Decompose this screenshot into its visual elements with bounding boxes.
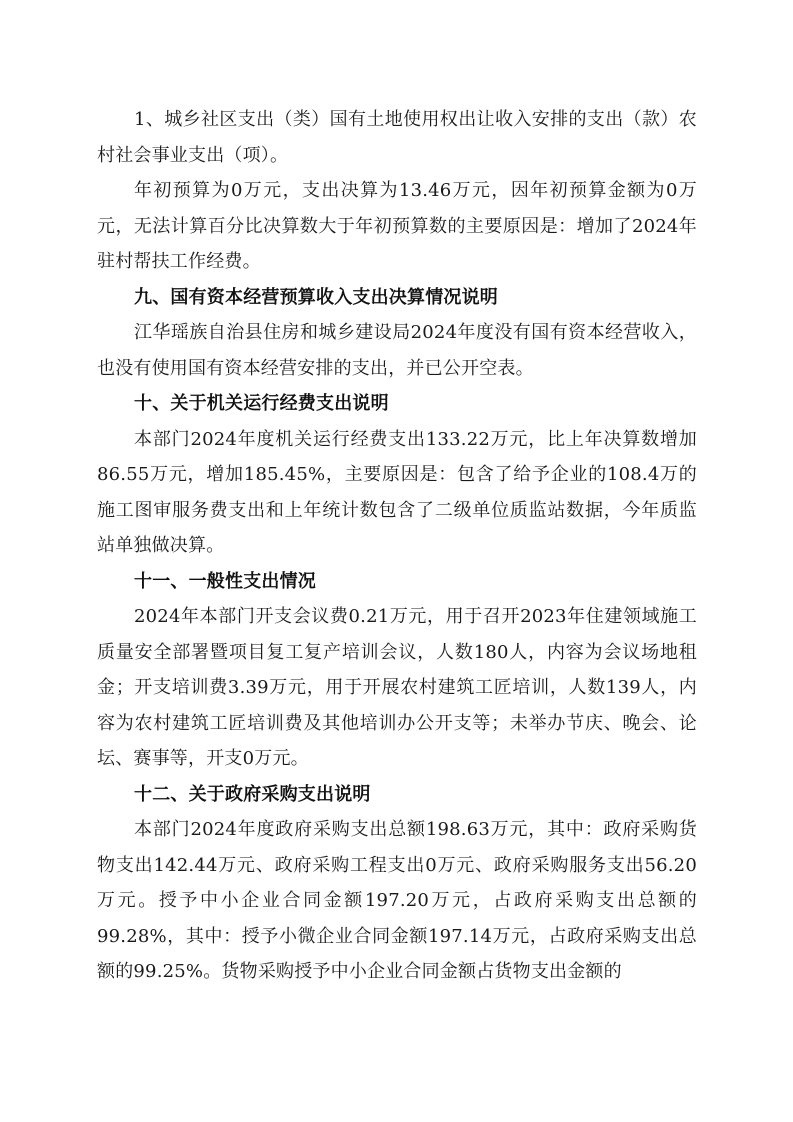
document-page: 1、城乡社区支出（类）国有土地使用权出让收入安排的支出（款）农村社会事业支出（项…: [97, 102, 697, 990]
section-12-paragraph: 本部门2024年度政府采购支出总额198.63万元，其中：政府采购货物支出142…: [97, 812, 697, 990]
section-11-heading: 十一、一般性支出情况: [97, 564, 697, 600]
section-10-heading: 十、关于机关运行经费支出说明: [97, 386, 697, 422]
section-9-heading: 九、国有资本经营预算收入支出决算情况说明: [97, 280, 697, 316]
item-1-detail-paragraph: 年初预算为0万元，支出决算为13.46万元，因年初预算金额为0万元，无法计算百分…: [97, 173, 697, 280]
section-11-paragraph: 2024年本部门开支会议费0.21万元，用于召开2023年住建领域施工质量安全部…: [97, 599, 697, 777]
section-12-heading: 十二、关于政府采购支出说明: [97, 777, 697, 813]
section-10-paragraph: 本部门2024年度机关运行经费支出133.22万元，比上年决算数增加86.55万…: [97, 422, 697, 564]
section-9-paragraph: 江华瑶族自治县住房和城乡建设局2024年度没有国有资本经营收入，也没有使用国有资…: [97, 315, 697, 386]
item-1-title-paragraph: 1、城乡社区支出（类）国有土地使用权出让收入安排的支出（款）农村社会事业支出（项…: [97, 102, 697, 173]
